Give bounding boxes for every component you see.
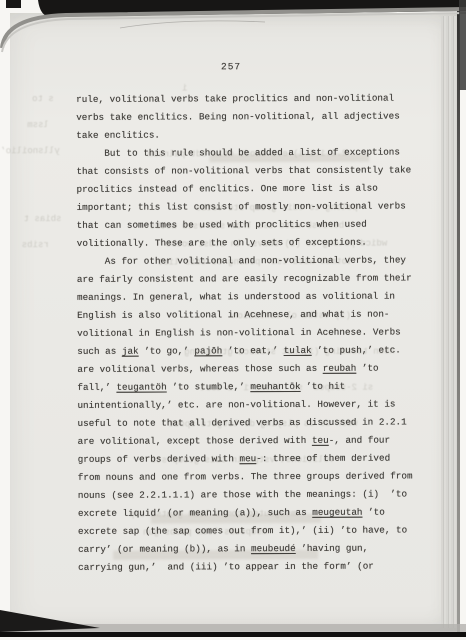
text-segment: excrete sap (the sap comes out from it),… xyxy=(78,524,407,536)
text-segment: ’to stumble,’ xyxy=(167,381,251,392)
text-line: excrete sap (the sap comes out from it),… xyxy=(78,521,450,541)
text-segment: volitional in English is non-volitional … xyxy=(77,327,401,339)
underlined-term: meuhantōk xyxy=(250,381,300,392)
bleedthrough-text: yllsnoilio’ xyxy=(0,146,59,156)
text-segment: English is also volitional in Acehnese, … xyxy=(77,309,389,321)
text-line: such as jak ’to go,’ pajōh ’to eat,’ tul… xyxy=(77,341,449,361)
text-line: volitionally. These are the only sets of… xyxy=(77,233,449,253)
text-segment: ’to eat,’ xyxy=(222,345,283,356)
text-segment: important; this list consist of mostly n… xyxy=(77,200,406,212)
text-segment: rule, volitional verbs take proclitics a… xyxy=(76,93,394,105)
text-line: that can sometimes be used with procliti… xyxy=(77,215,449,235)
bleedthrough-text: rsibs xyxy=(22,240,49,250)
text-segment: volitionally. These are the only sets of… xyxy=(77,237,367,249)
text-segment: carrying gun,’ and (iii) ’to appear in t… xyxy=(78,561,374,573)
scanned-page: s tolssmyllsnoilio’sbias trsibsi2.2.1.1.… xyxy=(0,0,466,640)
text-line: that consists of non-volitional verbs th… xyxy=(76,161,448,181)
text-line: carry’ (or meaning (b)), as in meubeudé … xyxy=(78,539,450,559)
text-line: fall,’ teugantöh ’to stumble,’ meuhantōk… xyxy=(77,377,449,397)
text-line: unintentionally,’ etc. are non-volitiona… xyxy=(77,395,449,415)
underlined-term: meugeutah xyxy=(312,507,362,518)
text-line: are volitional, except those derived wit… xyxy=(78,431,450,451)
text-segment: ’to hit xyxy=(301,381,346,392)
text-segment: such as xyxy=(77,346,122,357)
text-line: important; this list consist of mostly n… xyxy=(77,197,449,217)
text-line: take enclitics. xyxy=(76,125,448,145)
text-line: are fairly consistent and are easily rec… xyxy=(77,269,449,289)
text-segment: take enclitics. xyxy=(76,130,160,141)
text-segment: verbs take enclitics. Being non-volition… xyxy=(76,111,400,123)
text-line: proclitics instead of enclitics. One mor… xyxy=(76,179,448,199)
text-segment: ’to xyxy=(362,507,384,518)
text-segment: But to this rule should be added a list … xyxy=(76,147,400,159)
bleedthrough-text: lssm xyxy=(27,120,49,130)
bleedthrough-text: sbias t xyxy=(24,214,62,224)
text-segment: excrete liquid’ (or meaning (a)), such a… xyxy=(78,507,312,519)
underlined-term: meu xyxy=(239,453,256,464)
text-line: from nouns and one from verbs. The three… xyxy=(78,467,450,487)
text-segment: -, and four xyxy=(329,435,390,446)
text-line: meanings. In general, what is understood… xyxy=(77,287,449,307)
text-segment: that consists of non-volitional verbs th… xyxy=(76,164,411,176)
text-line: verbs take enclitics. Being non-volition… xyxy=(76,107,448,127)
bleedthrough-text: s to xyxy=(32,94,54,104)
text-segment: As for other volitional and non-volition… xyxy=(77,254,406,266)
text-line: useful to note that all derived verbs as… xyxy=(78,413,450,433)
underlined-term: reubah xyxy=(323,363,357,374)
text-segment: -: three of them derived xyxy=(256,453,390,465)
text-line: excrete liquid’ (or meaning (a)), such a… xyxy=(78,503,450,523)
text-segment: useful to note that all derived verbs as… xyxy=(78,416,407,428)
text-segment: ’to go,’ xyxy=(139,345,195,356)
text-segment: are volitional, except those derived wit… xyxy=(78,435,312,447)
text-segment: that can sometimes be used with procliti… xyxy=(77,219,367,231)
underlined-term: meubeudé xyxy=(251,543,296,554)
text-segment: are fairly consistent and are easily rec… xyxy=(77,272,412,284)
text-segment: ’to xyxy=(356,363,378,374)
underlined-term: tulak xyxy=(284,345,312,356)
text-segment: from nouns and one from verbs. The three… xyxy=(78,470,413,482)
text-line: carrying gun,’ and (iii) ’to appear in t… xyxy=(78,557,450,577)
page-number: 257 xyxy=(221,61,241,72)
text-line: English is also volitional in Acehnese, … xyxy=(77,305,449,325)
text-segment: unintentionally,’ etc. are non-volitiona… xyxy=(77,399,395,411)
text-segment: proclitics instead of enclitics. One mor… xyxy=(76,183,377,195)
text-segment: carry’ (or meaning (b)), as in xyxy=(78,543,251,555)
text-line: But to this rule should be added a list … xyxy=(76,143,448,163)
text-segment: groups of verbs derived with xyxy=(78,453,240,465)
text-segment: fall,’ xyxy=(77,382,116,393)
text-line: As for other volitional and non-volition… xyxy=(77,251,449,271)
text-line: nouns (see 2.2.1.1.1) are those with the… xyxy=(78,485,450,505)
text-line: volitional in English is non-volitional … xyxy=(77,323,449,343)
text-segment: ’to push,’ etc. xyxy=(312,345,401,356)
text-line: groups of verbs derived with meu-: three… xyxy=(78,449,450,469)
text-segment: are volitional verbs, whereas those such… xyxy=(77,363,323,375)
text-line: rule, volitional verbs take proclitics a… xyxy=(76,89,448,109)
text-segment: meanings. In general, what is understood… xyxy=(77,291,395,303)
text-block: rule, volitional verbs take proclitics a… xyxy=(76,89,450,577)
underlined-term: pajōh xyxy=(194,345,222,356)
text-segment: nouns (see 2.2.1.1.1) are those with the… xyxy=(78,488,407,500)
underlined-term: teugantöh xyxy=(116,382,166,393)
text-segment: ’having gun, xyxy=(296,543,369,554)
underlined-term: jak xyxy=(122,346,139,357)
page-content: s tolssmyllsnoilio’sbias trsibsi2.2.1.1.… xyxy=(0,0,466,640)
underlined-term: teu xyxy=(312,435,329,446)
text-line: are volitional verbs, whereas those such… xyxy=(77,359,449,379)
